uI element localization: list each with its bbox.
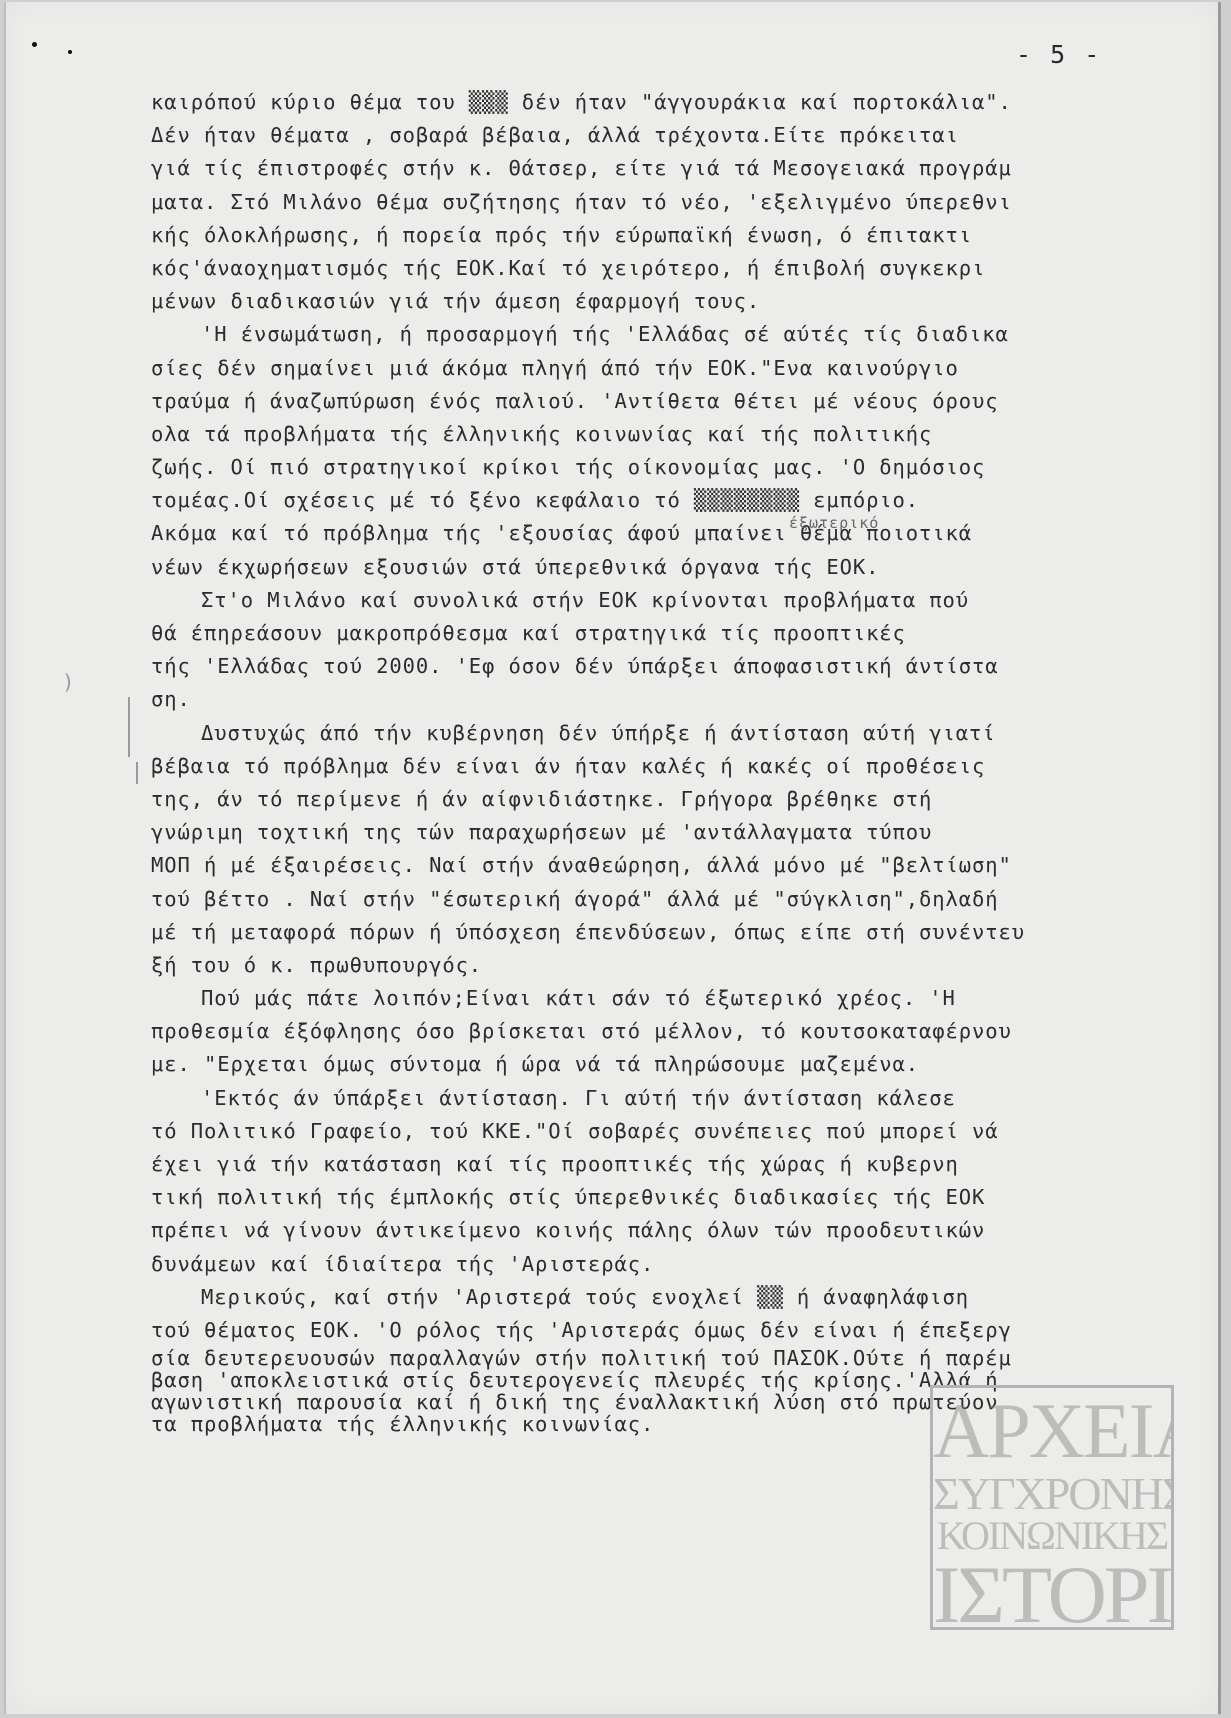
text-line: Δέν ήταν θέματα , σοβαρά βέβαια, άλλά τρ… [151,119,1151,152]
text-line: ζωής. Οί πιό στρατηγικοί κρίκοι τής οίκο… [151,451,1151,484]
text-line: τική πολιτική τής έμπλοκής στίς ύπερεθνι… [151,1181,1151,1214]
text-line: τομέας.Οί σχέσεις μέ τό ξένο κεφάλαιο τό… [151,484,1151,517]
text-line: με. "Ερχεται όμως σύντομα ή ώρα νά τά πλ… [151,1048,1151,1081]
text-line: βέβαια τό πρόβλημα δέν είναι άν ήταν καλ… [151,750,1151,783]
text-line: κός'άναοχηματισμός τής ΕΟΚ.Καί τό χειρότ… [151,252,1151,285]
document-page: - 5 - καιρόπού κύριο θέμα του ▒▒▒ δέν ήτ… [4,2,1221,1714]
text-line: ση. [151,683,1151,716]
stamp-line: ΑΡΧΕΙΑ [933,1390,1171,1472]
text-line: δυνάμεων καί ίδιαίτερα τής 'Αριστεράς. [151,1248,1151,1281]
text-line: μένων διαδικασιών γιά τήν άμεση έφαρμογή… [151,285,1151,318]
margin-mark [136,762,138,784]
text-line: καιρόπού κύριο θέμα του ▒▒▒ δέν ήταν "άγ… [151,86,1151,119]
text-line: 'Η ένσωμάτωση, ή προσαρμογή τής 'Ελλάδας… [151,318,1151,351]
text-line: πρέπει νά γίνουν άντικείμενο κοινής πάλη… [151,1214,1151,1247]
punch-mark [32,42,37,47]
margin-bracket-mark: ) [64,670,72,694]
text-line: Μερικούς, καί στήν 'Αριστερά τούς ενοχλε… [151,1281,1151,1314]
text-line: γιά τίς έπιστροφές στήν κ. Θάτσερ, είτε … [151,152,1151,185]
typewritten-text: καιρόπού κύριο θέμα του ▒▒▒ δέν ήταν "άγ… [151,86,1151,1435]
text-line: προθεσμία έξόφλησης όσο βρίσκεται στό μέ… [151,1015,1151,1048]
stamp-line: ΙΣΤΟΡΙΑΣ [933,1556,1171,1630]
text-line: έχει γιά τήν κατάσταση καί τίς προοπτικέ… [151,1148,1151,1181]
text-line: ματα. Στό Μιλάνο θέμα συζήτησης ήταν τό … [151,186,1151,219]
text-line: της, άν τό περίμενε ή άν αίφνιδιάστηκε. … [151,783,1151,816]
text-line: ξή του ό κ. πρωθυπουργός. [151,949,1151,982]
text-line: θά έπηρεάσουν μακροπρόθεσμα καί στρατηγι… [151,617,1151,650]
text-line: γνώριμη τοχτική της τών παραχωρήσεων μέ … [151,816,1151,849]
text-line: Πού μάς πάτε λοιπόν;Είναι κάτι σάν τό έξ… [151,982,1151,1015]
text-line: τής 'Ελλάδας τού 2000. 'Εφ όσον δέν ύπάρ… [151,650,1151,683]
text-line: τό Πολιτικό Γραφείο, τού ΚΚΕ."Οί σοβαρές… [151,1115,1151,1148]
text-line: 'Εκτός άν ύπάρξει άντίσταση. Γι αύτή τήν… [151,1082,1151,1115]
text-line: τραύμα ή άναζωπύρωση ένός παλιού. 'Αντίθ… [151,385,1151,418]
text-line: νέων έκχωρήσεων εξουσιών στά ύπερεθνικά … [151,551,1151,584]
text-line: τού θέματος ΕΟΚ. 'Ο ρόλος τής 'Αριστεράς… [151,1314,1151,1347]
text-line: τού βέττο . Ναί στήν "έσωτερική άγορά" ά… [151,883,1151,916]
text-line: ΜΟΠ ή μέ έξαιρέσεις. Ναί στήν άναθεώρηση… [151,849,1151,882]
text-line: Στ'ο Μιλάνο καί συνολικά στήν ΕΟΚ κρίνον… [151,584,1151,617]
archive-stamp: ΑΡΧΕΙΑ ΣΥΓΧΡΟΝΗΣ ΚΟΙΝΩΝΙΚΗΣ ΙΣΤΟΡΙΑΣ [930,1385,1174,1630]
text-line: Ακόμα καί τό πρόβλημα τής 'εξουσίας άφού… [151,517,1151,550]
text-line: σία δευτερευουσών παραλλαγών στήν πολιτι… [151,1347,1151,1369]
margin-mark [128,697,130,757]
text-line: σίες δέν σημαίνει μιά άκόμα πληγή άπό τή… [151,352,1151,385]
interlinear-correction: έξωτερικό [789,514,879,532]
text-line: Δυστυχώς άπό τήν κυβέρνηση δέν ύπήρξε ή … [151,717,1151,750]
stamp-line: ΣΥΓΧΡΟΝΗΣ [933,1472,1171,1516]
text-line: ολα τά προβλήματα τής έλληνικής κοινωνία… [151,418,1151,451]
punch-mark [68,50,72,54]
page-number: - 5 - [1016,40,1101,69]
text-line: μέ τή μεταφορά πόρων ή ύπόσχεση έπενδύσε… [151,916,1151,949]
text-line: κής όλοκλήρωσης, ή πορεία πρός τήν εύρωπ… [151,219,1151,252]
